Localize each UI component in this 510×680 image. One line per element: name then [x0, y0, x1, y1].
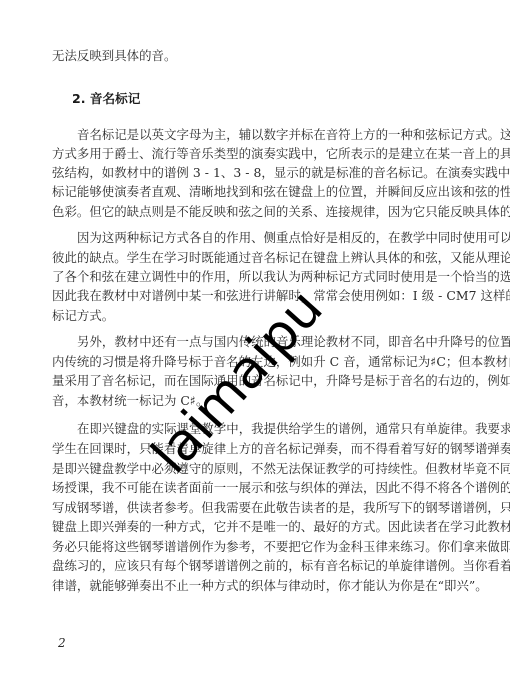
page-number: 2 — [58, 636, 66, 650]
watermark: laimaipu — [185, 425, 409, 485]
paragraph-line: 了各个和弦在建立调性中的作用，所以我认为两种标记方式同时使用是一个恰当的选择。 — [52, 268, 464, 286]
paragraph-line: 色彩。但它的缺点则是不能反映和弦之间的关系、连接规律，因为它只能反映具体的音。 — [52, 203, 464, 221]
paragraph-line: 务必只能将这些钢琴谱谱例作为参考，不要把它作为金科玉律来练习。你们拿来做即兴键 — [52, 538, 464, 556]
paragraph-line: 因此我在教材中对谱例中某一和弦进行讲解时，常常会使用例如：I 级 - CM7 这… — [52, 287, 464, 305]
paragraph-line: 键盘上即兴弹奏的一种方式，它并不是唯一的、最好的方式。因此读者在学习此教材时， — [52, 518, 464, 536]
paragraph-line: 写成钢琴谱，供读者参考。但我需要在此敬告读者的是，我所写下的钢琴谱谱例，只是在 — [52, 499, 464, 517]
paragraph-line: 因为这两种标记方式各自的作用、侧重点恰好是相反的，在教学中同时使用可以弥补 — [77, 229, 489, 247]
paragraph-line: 盘练习的，应该只有每个钢琴谱谱例之前的，标有音名标记的单旋律谱例。当你看着单旋 — [52, 557, 464, 575]
paragraph-line: 彼此的缺点。学生在学习时既能通过音名标记在键盘上辨认具体的和弦，又能从理论上明 — [52, 249, 464, 267]
section-heading: 2. 音名标记 — [72, 88, 140, 107]
paragraph-line: 标记能够使演奏者直观、清晰地找到和弦在键盘上的位置，并瞬间反应出该和弦的性质、 — [52, 183, 464, 201]
paragraph-line: 弦结构，如教材中的谱例 3 - 1、3 - 8，显示的就是标准的音名标记。在演奏… — [52, 164, 464, 182]
paragraph-line: 律谱，就能够弹奏出不止一种方式的织体与律动时，你才能认为你是在“即兴”。 — [52, 577, 464, 595]
paragraph-line: 方式多用于爵士、流行等音乐类型的演奏实践中，它所表示的是建立在某一音上的具体和 — [52, 145, 464, 163]
paragraph-line: 音名标记是以英文字母为主，辅以数字并标在音符上方的一种和弦标记方式。这种标记 — [77, 126, 489, 144]
document-page: 无法反映到具体的音。 2. 音名标记 音名标记是以英文字母为主，辅以数字并标在音… — [0, 0, 510, 680]
paragraph-line: 无法反映到具体的音。 — [52, 47, 464, 65]
